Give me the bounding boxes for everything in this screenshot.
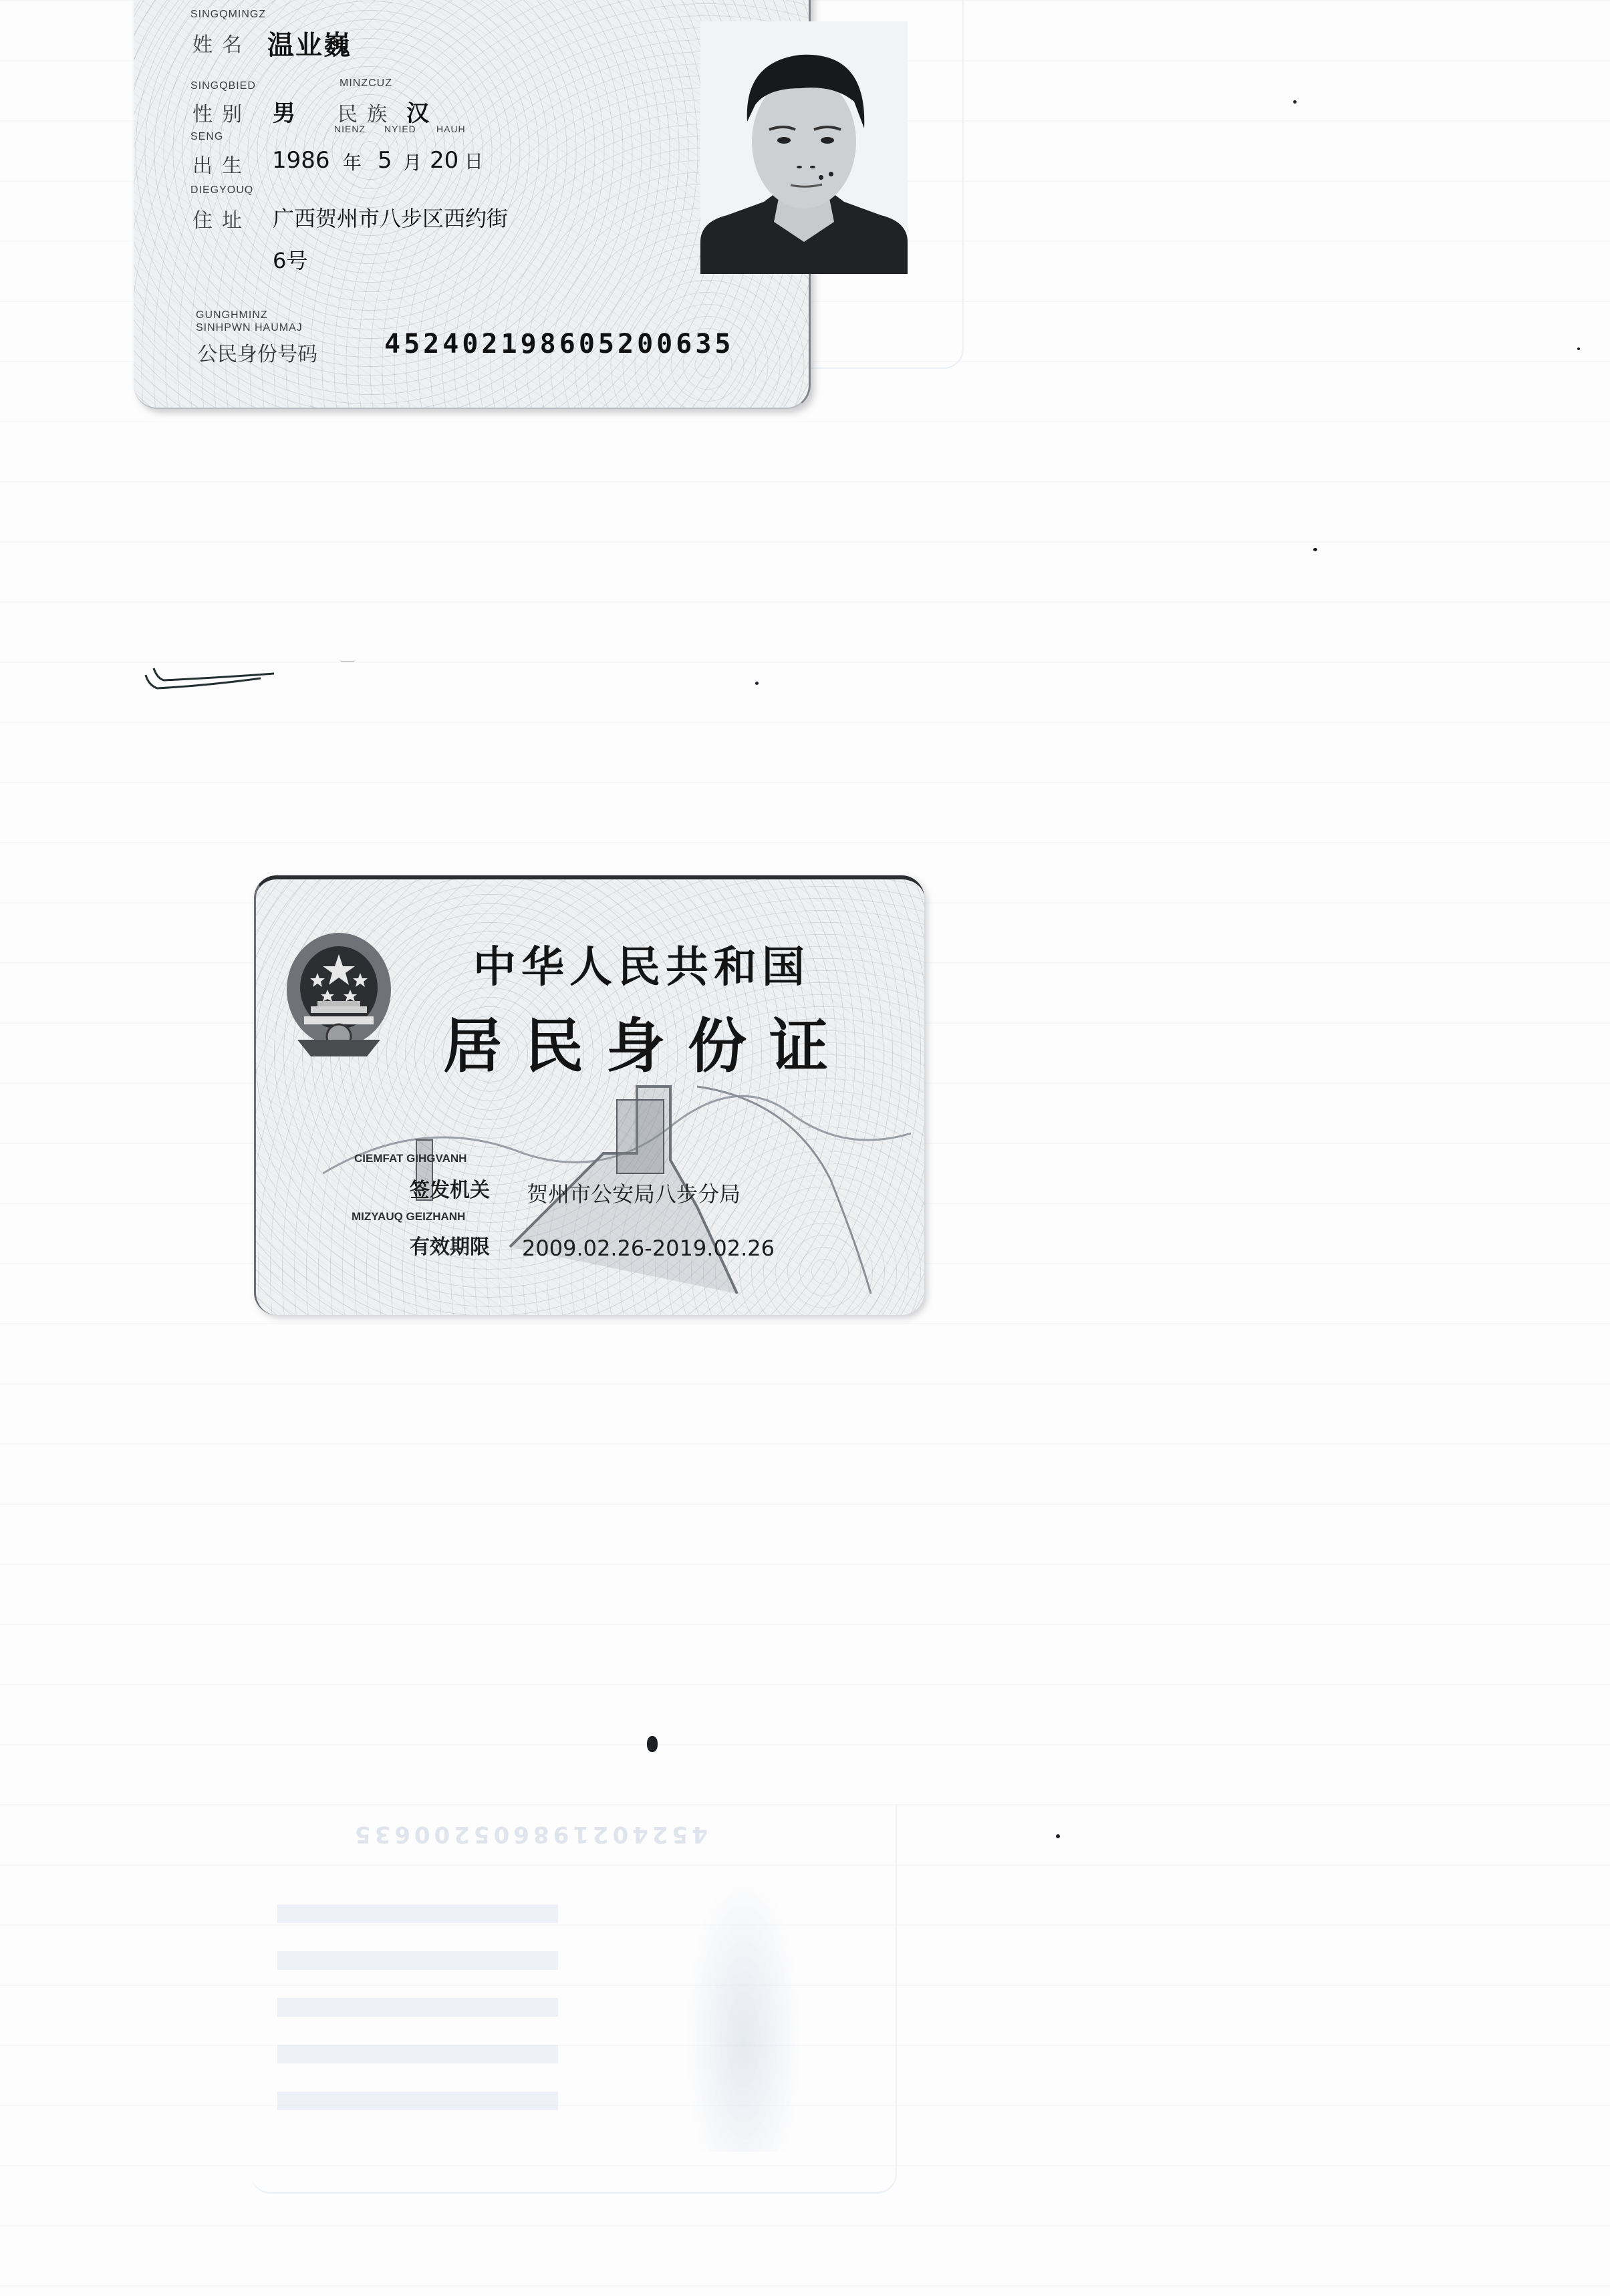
id-pinyin-label-2: SINHPWN HAUMAJ	[196, 322, 303, 334]
national-emblem-icon	[284, 926, 394, 1060]
pen-stroke-icon	[140, 662, 354, 702]
birth-month: 5	[378, 147, 392, 174]
id-number-label: 公民身份号码	[197, 337, 317, 367]
birth-year: 1986	[272, 147, 330, 174]
ink-speck	[1577, 347, 1580, 350]
id-card-back: 中华人民共和国 居民身份证 CIEMFAT GIHGVANH 签发机关 贺州市公…	[254, 875, 924, 1315]
faded-text-lines	[277, 1904, 558, 2118]
issuer-label: 签发机关	[410, 1173, 490, 1203]
address-pinyin-label: DIEGYOUQ	[190, 184, 253, 196]
birth-label: 出生	[192, 149, 251, 178]
ethnicity-label: 民族	[338, 98, 396, 127]
day-pinyin: HAUH	[436, 124, 466, 134]
name-pinyin-label: SINGQMINGZ	[190, 9, 266, 21]
gender-pinyin-label: SINGQBIED	[190, 80, 256, 92]
name-label: 姓名	[192, 28, 251, 57]
id-card-front: SINGQMINGZ 姓名 温业巍 SINGQBIED MINZCUZ 性别 男…	[134, 0, 811, 409]
ink-speck	[647, 1736, 658, 1752]
gender-label: 性别	[192, 98, 251, 127]
ink-speck	[755, 682, 759, 685]
issuer-value: 贺州市公安局八步分局	[527, 1177, 741, 1208]
title-document: 居民身份证	[443, 1000, 851, 1084]
id-pinyin-label-1: GUNGHMINZ	[196, 309, 268, 321]
address-line1: 广西贺州市八步区西约街	[273, 202, 508, 233]
faded-id-number: 452402198605200635	[351, 1821, 708, 1848]
gender-value: 男	[273, 95, 295, 128]
ink-speck	[1293, 100, 1297, 104]
birth-year-unit: 年	[343, 148, 362, 175]
ink-speck	[1313, 548, 1317, 551]
validity-pinyin-label: MIZYAUQ GEIZHANH	[352, 1210, 465, 1224]
year-pinyin: NIENZ	[334, 124, 366, 134]
address-line2: 6号	[273, 244, 307, 275]
birth-month-unit: 月	[403, 148, 422, 175]
issuer-pinyin-label: CIEMFAT GIHGVANH	[354, 1152, 466, 1165]
ethnicity-value: 汉	[406, 95, 429, 128]
id-number-value: 452402198605200635	[384, 329, 734, 360]
ethnicity-pinyin-label: MINZCUZ	[340, 78, 392, 90]
title-country: 中华人民共和国	[473, 933, 810, 994]
validity-value: 2009.02.26-2019.02.26	[522, 1236, 775, 1261]
name-value: 温业巍	[267, 24, 352, 62]
month-pinyin: NYIED	[384, 124, 416, 134]
birth-pinyin-label: SENG	[190, 131, 223, 143]
address-label: 住址	[192, 204, 251, 233]
ink-speck	[829, 172, 833, 176]
birth-day-unit: 日	[464, 147, 483, 174]
faded-card-bleedthrough: 452402198605200635	[251, 1804, 897, 2194]
ink-speck	[819, 175, 823, 180]
ink-speck	[1056, 1834, 1060, 1838]
faded-photo-area	[685, 1871, 802, 2152]
validity-label: 有效期限	[410, 1230, 490, 1260]
birth-day: 20	[430, 147, 458, 174]
portrait-photo-icon	[700, 21, 908, 274]
